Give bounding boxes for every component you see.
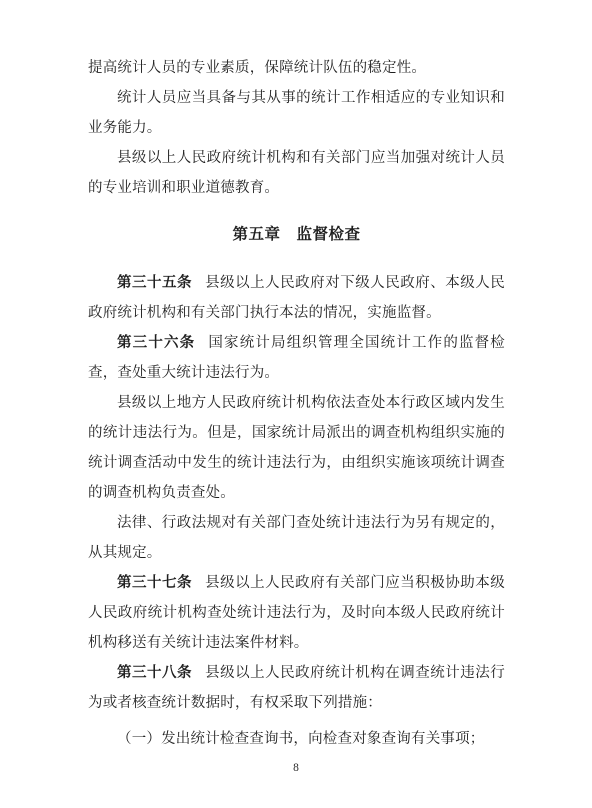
paragraph-training-education: 县级以上人民政府统计机构和有关部门应当加强对统计人员的专业培训和职业道德教育。 — [88, 143, 505, 203]
article-35-number: 第三十五条 — [117, 275, 192, 291]
paragraph-other-regulations: 法律、行政法规对有关部门查处统计违法行为另有规定的，从其规定。 — [88, 508, 505, 568]
paragraph-statistician-qualification: 统计人员应当具备与其从事的统计工作相适应的专业知识和业务能力。 — [88, 83, 505, 143]
list-item-1: （一）发出统计检查查询书，向检查对象查询有关事项； — [88, 724, 505, 754]
document-page: 提高统计人员的专业素质，保障统计队伍的稳定性。 统计人员应当具备与其从事的统计工… — [0, 0, 592, 808]
page-number: 8 — [0, 761, 592, 775]
chapter-heading: 第五章 监督检查 — [88, 220, 505, 250]
article-35: 第三十五条县级以上人民政府对下级人民政府、本级人民政府统计机构和有关部门执行本法… — [88, 268, 505, 328]
paragraph-continuation: 提高统计人员的专业素质，保障统计队伍的稳定性。 — [88, 53, 505, 83]
article-37: 第三十七条县级以上人民政府有关部门应当积极协助本级人民政府统计机构查处统计违法行… — [88, 568, 505, 658]
paragraph-local-investigation: 县级以上地方人民政府统计机构依法查处本行政区域内发生的统计违法行为。但是，国家统… — [88, 388, 505, 508]
article-38: 第三十八条县级以上人民政府统计机构在调查统计违法行为或者核查统计数据时，有权采取… — [88, 658, 505, 718]
article-37-number: 第三十七条 — [117, 575, 192, 591]
article-38-number: 第三十八条 — [117, 665, 192, 681]
article-36: 第三十六条国家统计局组织管理全国统计工作的监督检查，查处重大统计违法行为。 — [88, 328, 505, 388]
article-36-number: 第三十六条 — [117, 335, 195, 351]
